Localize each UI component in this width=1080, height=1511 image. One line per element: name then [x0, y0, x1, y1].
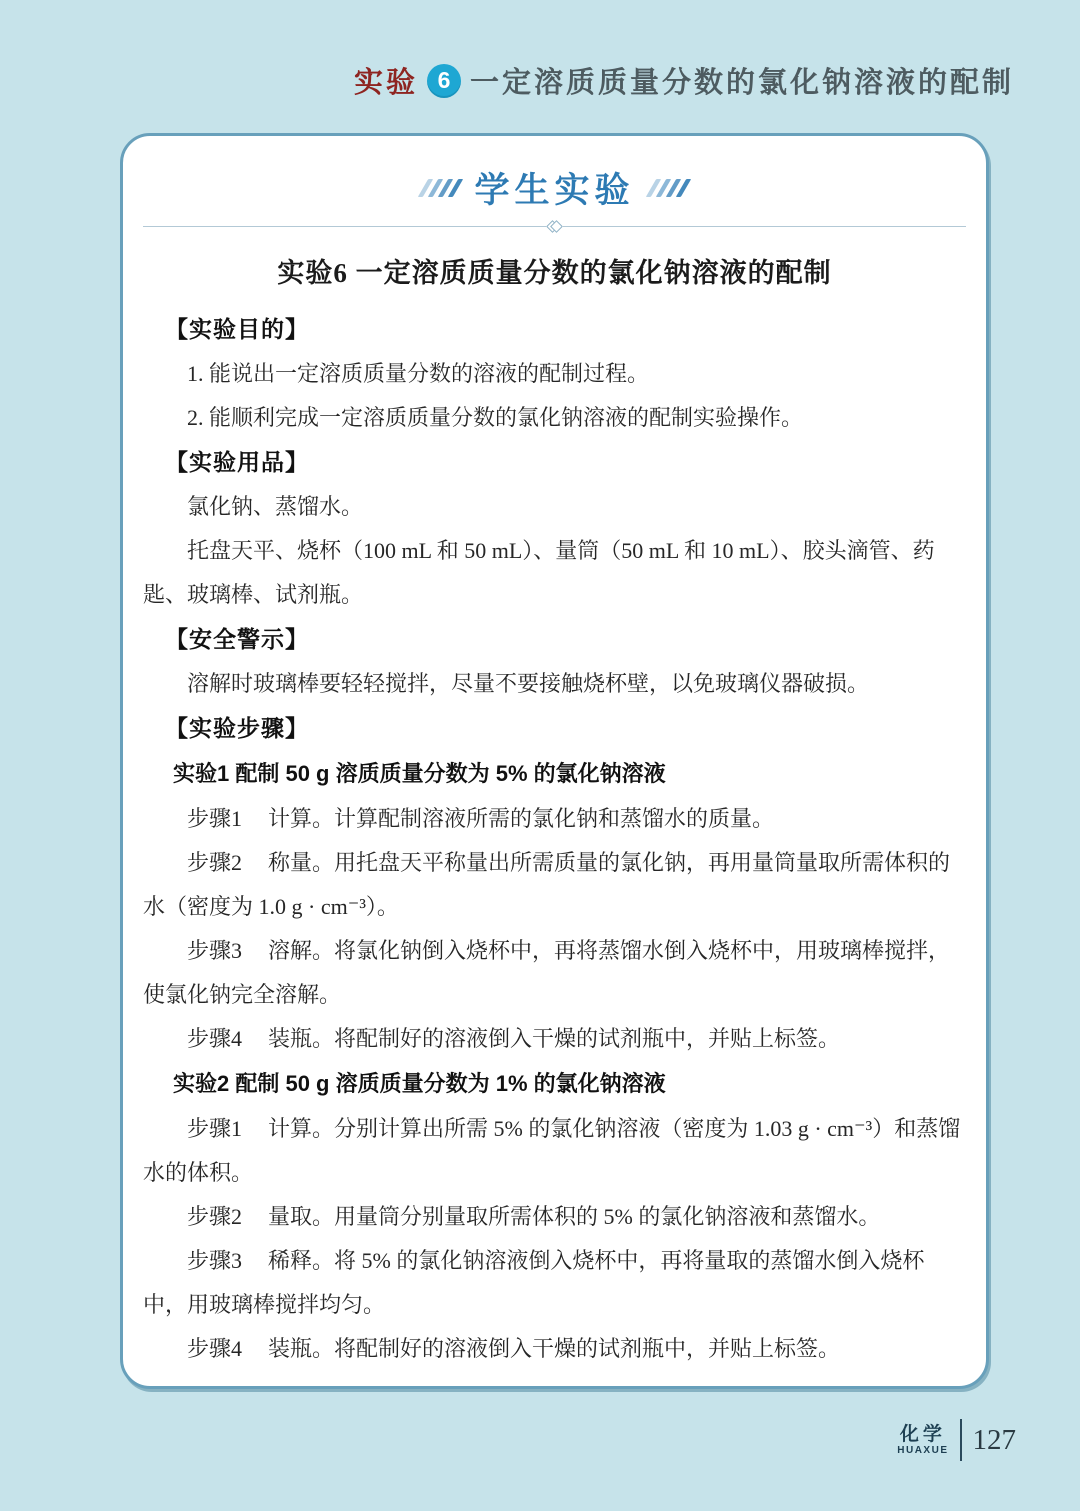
step-label: 步骤4 — [187, 1336, 242, 1361]
supplies-paragraph: 托盘天平、烧杯（100 mL 和 50 mL）、量筒（50 mL 和 10 mL… — [143, 529, 966, 617]
slashes-left-icon — [418, 179, 463, 197]
safety-paragraph: 溶解时玻璃棒要轻轻搅拌，尽量不要接触烧杯壁，以免玻璃仪器破损。 — [143, 662, 966, 706]
subject-en: HUAXUE — [897, 1445, 948, 1456]
section-heading-safety: 【安全警示】 — [165, 617, 966, 662]
subject-cn: 化学 — [897, 1425, 948, 1445]
running-header-title: 一定溶质质量分数的氯化钠溶液的配制 — [470, 60, 1014, 101]
step-text: 计算。分别计算出所需 5% 的氯化钠溶液（密度为 1.03 g · cm⁻³）和… — [143, 1116, 960, 1185]
experiment2-step: 步骤2量取。用量筒分别量取所需体积的 5% 的氯化钠溶液和蒸馏水。 — [143, 1195, 966, 1239]
step-label: 步骤1 — [187, 1116, 242, 1141]
experiment1-subtitle: 实验1 配制 50 g 溶质质量分数为 5% 的氯化钠溶液 — [173, 751, 966, 797]
experiment2-step: 步骤1计算。分别计算出所需 5% 的氯化钠溶液（密度为 1.03 g · cm⁻… — [143, 1107, 966, 1195]
purpose-item: 1. 能说出一定溶质质量分数的溶液的配制过程。 — [143, 352, 966, 396]
slashes-right-icon — [645, 179, 690, 197]
experiment1-step: 步骤4装瓶。将配制好的溶液倒入干燥的试剂瓶中，并贴上标签。 — [143, 1017, 966, 1061]
step-text: 量取。用量筒分别量取所需体积的 5% 的氯化钠溶液和蒸馏水。 — [268, 1204, 880, 1229]
experiment1-step: 步骤3溶解。将氯化钠倒入烧杯中，再将蒸馏水倒入烧杯中，用玻璃棒搅拌，使氯化钠完全… — [143, 929, 966, 1017]
step-label: 步骤1 — [187, 806, 242, 831]
experiment-body: 【实验目的】 1. 能说出一定溶质质量分数的溶液的配制过程。 2. 能顺利完成一… — [143, 307, 966, 1371]
step-text: 称量。用托盘天平称量出所需质量的氯化钠，再用量筒量取所需体积的水（密度为 1.0… — [143, 850, 950, 919]
page-number: 127 — [973, 1424, 1017, 1457]
step-text: 装瓶。将配制好的溶液倒入干燥的试剂瓶中，并贴上标签。 — [268, 1026, 840, 1051]
step-label: 步骤2 — [187, 1204, 242, 1229]
page-footer: 化学 HUAXUE 127 — [897, 1419, 1016, 1461]
experiment-number-badge: 6 — [427, 64, 461, 98]
experiment-label: 实验 — [354, 60, 418, 101]
banner-divider — [143, 222, 966, 231]
step-text: 计算。计算配制溶液所需的氯化钠和蒸馏水的质量。 — [268, 806, 774, 831]
experiment1-step: 步骤1计算。计算配制溶液所需的氯化钠和蒸馏水的质量。 — [143, 797, 966, 841]
section-heading-procedure: 【实验步骤】 — [165, 706, 966, 751]
section-heading-purpose: 【实验目的】 — [165, 307, 966, 352]
step-text: 稀释。将 5% 的氯化钠溶液倒入烧杯中，再将量取的蒸馏水倒入烧杯中，用玻璃棒搅拌… — [143, 1248, 924, 1317]
subject-label: 化学 HUAXUE — [897, 1425, 948, 1456]
experiment2-step: 步骤4装瓶。将配制好的溶液倒入干燥的试剂瓶中，并贴上标签。 — [143, 1327, 966, 1371]
student-experiment-banner: 学生实验 — [143, 163, 966, 213]
section-heading-supplies: 【实验用品】 — [165, 440, 966, 485]
purpose-item: 2. 能顺利完成一定溶质质量分数的氯化钠溶液的配制实验操作。 — [143, 396, 966, 440]
content-card: 学生实验 实验6 一定溶质质量分数的氯化钠溶液的配制 【实验目的】 1. 能说出… — [120, 133, 989, 1389]
experiment1-step: 步骤2称量。用托盘天平称量出所需质量的氯化钠，再用量筒量取所需体积的水（密度为 … — [143, 841, 966, 929]
step-label: 步骤4 — [187, 1026, 242, 1051]
experiment-title: 实验6 一定溶质质量分数的氯化钠溶液的配制 — [143, 256, 966, 290]
footer-separator — [960, 1419, 962, 1461]
page-running-header: 实验 6 一定溶质质量分数的氯化钠溶液的配制 — [354, 60, 1014, 101]
step-label: 步骤2 — [187, 850, 242, 875]
experiment2-subtitle: 实验2 配制 50 g 溶质质量分数为 1% 的氯化钠溶液 — [173, 1061, 966, 1107]
textbook-page: { "page_header": { "prefix": "实验", "numb… — [0, 0, 1080, 1511]
step-label: 步骤3 — [187, 938, 242, 963]
step-text: 溶解。将氯化钠倒入烧杯中，再将蒸馏水倒入烧杯中，用玻璃棒搅拌，使氯化钠完全溶解。 — [143, 938, 950, 1007]
diamond-icon — [546, 222, 563, 231]
step-text: 装瓶。将配制好的溶液倒入干燥的试剂瓶中，并贴上标签。 — [268, 1336, 840, 1361]
banner-title: 学生实验 — [474, 163, 634, 213]
supplies-paragraph: 氯化钠、蒸馏水。 — [143, 485, 966, 529]
step-label: 步骤3 — [187, 1248, 242, 1273]
experiment2-step: 步骤3稀释。将 5% 的氯化钠溶液倒入烧杯中，再将量取的蒸馏水倒入烧杯中，用玻璃… — [143, 1239, 966, 1327]
